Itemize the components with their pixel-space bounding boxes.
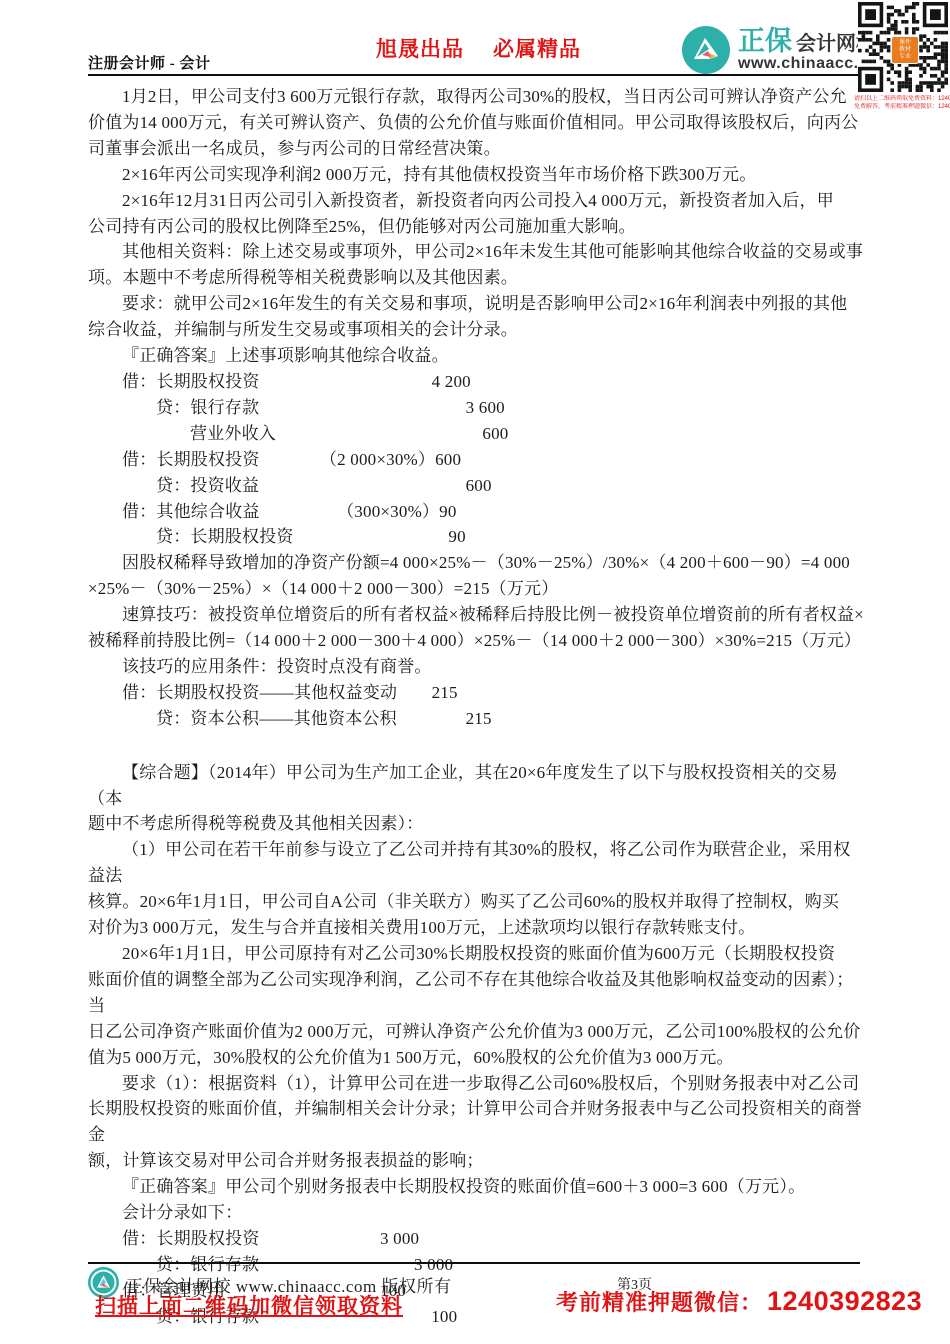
brand-logo-icon: [682, 26, 730, 74]
text-line: 额，计算该交易对甲公司合并财务报表损益的影响；: [88, 1148, 864, 1174]
footer-scan-tip: 扫描上面二维码加微信领取资料: [95, 1290, 403, 1320]
qr-caption-line2: 免费解答，考前精准押题微信：1240392823: [854, 103, 950, 111]
text-line: 长期股权投资的账面价值，并编制相关会计分录；计算甲公司合并财务报表中与乙公司投资…: [88, 1096, 864, 1148]
text-line: 题中不考虑所得税等税费及其他相关因素）：: [88, 811, 864, 837]
document-body: 1月2日，甲公司支付3 600万元银行存款，取得丙公司30%的股权，当日丙公司可…: [88, 84, 864, 1330]
text-line: 值为5 000万元，30%股权的公允价值为1 500万元，60%股权的公允价值为…: [88, 1045, 864, 1071]
text-line: 贷：银行存款 3 600: [88, 395, 864, 421]
course-title: 注册会计师 - 会计: [88, 52, 211, 73]
text-line: 司董事会派出一名成员，参与丙公司的日常经营决策。: [88, 136, 864, 162]
text-line: 『正确答案』甲公司个别财务报表中长期股权投资的账面价值=600＋3 000=3 …: [88, 1174, 864, 1200]
text-line: 其他相关资料：除上述交易或事项外，甲公司2×16年未发生其他可能影响其他综合收益…: [88, 239, 864, 265]
footer-wechat-label: 考前精准押题微信：: [556, 1290, 763, 1315]
text-line: 贷：资本公积——其他资本公积 215: [88, 706, 864, 732]
text-line: 会计分录如下：: [88, 1200, 864, 1226]
text-line: 要求：就甲公司2×16年发生的有关交易和事项，说明是否影响甲公司2×16年利润表…: [88, 291, 864, 317]
qr-code: 课件 教材 专业: [858, 2, 948, 94]
text-line: 速算技巧：被投资单位增资后的所有者权益×被稀释后持股比例－被投资单位增资前的所有…: [88, 602, 864, 628]
text-line: 因股权稀释导致增加的净资产份额=4 000×25%－（30%－25%）/30%×…: [88, 550, 864, 576]
text-line: 『正确答案』上述事项影响其他综合收益。: [88, 343, 864, 369]
qr-center-badge: 课件 教材 专业: [891, 36, 919, 64]
text-line: 价值为14 000万元，有关可辨认资产、负债的公允价值与账面价值相同。甲公司取得…: [88, 110, 864, 136]
text-line: 要求（1）：根据资料（1），计算甲公司在进一步取得乙公司60%股权后，个别财务报…: [88, 1071, 864, 1097]
text-line: （1）甲公司在若干年前参与设立了乙公司并持有其30%的股权，将乙公司作为联营企业…: [88, 837, 864, 889]
qr-caption-line1: 请扫以上二维码领取免费资料：1240392823: [854, 95, 950, 103]
text-line: 借：长期股权投资 （2 000×30%）600: [88, 447, 864, 473]
text-line: 该技巧的应用条件：投资时点没有商誉。: [88, 654, 864, 680]
text-line: 对价为3 000万元，发生与合并直接相关费用100万元，上述款项均以银行存款转账…: [88, 915, 864, 941]
header-slogan-right: 必属精品: [493, 33, 581, 63]
text-line: 账面价值的调整全部为乙公司实现净利润，乙公司不存在其他综合收益及其他影响权益变动…: [88, 967, 864, 1019]
text-line: 借：长期股权投资 3 000: [88, 1226, 864, 1252]
text-line: 借：长期股权投资 4 200: [88, 369, 864, 395]
text-line: 项。本题中不考虑所得税等相关税费影响以及其他因素。: [88, 265, 864, 291]
text-line: 2×16年丙公司实现净利润2 000万元，持有其他债权投资当年市场价格下跌300…: [88, 162, 864, 188]
text-line: 【综合题】（2014年）甲公司为生产加工企业，其在20×6年度发生了以下与股权投…: [88, 760, 864, 812]
header-rule: [88, 74, 860, 76]
text-line: 借：其他综合收益 （300×30%）90: [88, 499, 864, 525]
text-line: 日乙公司净资产账面价值为2 000万元，可辨认净资产公允价值为3 000万元，乙…: [88, 1019, 864, 1045]
brand-name-primary: 正保: [738, 27, 792, 55]
text-line: 1月2日，甲公司支付3 600万元银行存款，取得丙公司30%的股权，当日丙公司可…: [88, 84, 864, 110]
text-line: 贷：长期股权投资 90: [88, 524, 864, 550]
text-line: 核算。20×6年1月1日，甲公司自A公司（非关联方）购买了乙公司60%的股权并取…: [88, 889, 864, 915]
spacer: [88, 732, 864, 760]
qr-badge-text: 专业: [899, 54, 911, 61]
qr-badge-text: 教材: [899, 47, 911, 54]
footer-wechat-tip: 考前精准押题微信： 1240392823: [556, 1286, 922, 1317]
text-line: 被稀释前持股比例=（14 000＋2 000－300＋4 000）×25%－（1…: [88, 628, 864, 654]
text-line: 综合收益，并编制与所发生交易或事项相关的会计分录。: [88, 317, 864, 343]
text-line: 贷：投资收益 600: [88, 473, 864, 499]
text-line: 公司持有丙公司的股权比例降至25%，但仍能够对丙公司施加重大影响。: [88, 214, 864, 240]
text-line: 20×6年1月1日，甲公司原持有对乙公司30%长期股权投资的账面价值为600万元…: [88, 941, 864, 967]
footer-wechat-number: 1240392823: [767, 1286, 922, 1316]
text-line: ×25%－（30%－25%）×（14 000＋2 000－300）=215（万元…: [88, 576, 864, 602]
text-line: 2×16年12月31日丙公司引入新投资者，新投资者向丙公司投入4 000万元，新…: [88, 188, 864, 214]
document-page: 旭晟出品 必属精品 注册会计师 - 会计 正保 会计网校 www.chinaac…: [0, 0, 950, 1344]
text-line: 营业外收入 600: [88, 421, 864, 447]
text-line: 借：长期股权投资——其他权益变动 215: [88, 680, 864, 706]
header-slogan-left: 旭晟出品: [376, 33, 464, 63]
qr-badge-text: 课件: [899, 40, 911, 47]
footer-rule: [88, 1262, 860, 1264]
